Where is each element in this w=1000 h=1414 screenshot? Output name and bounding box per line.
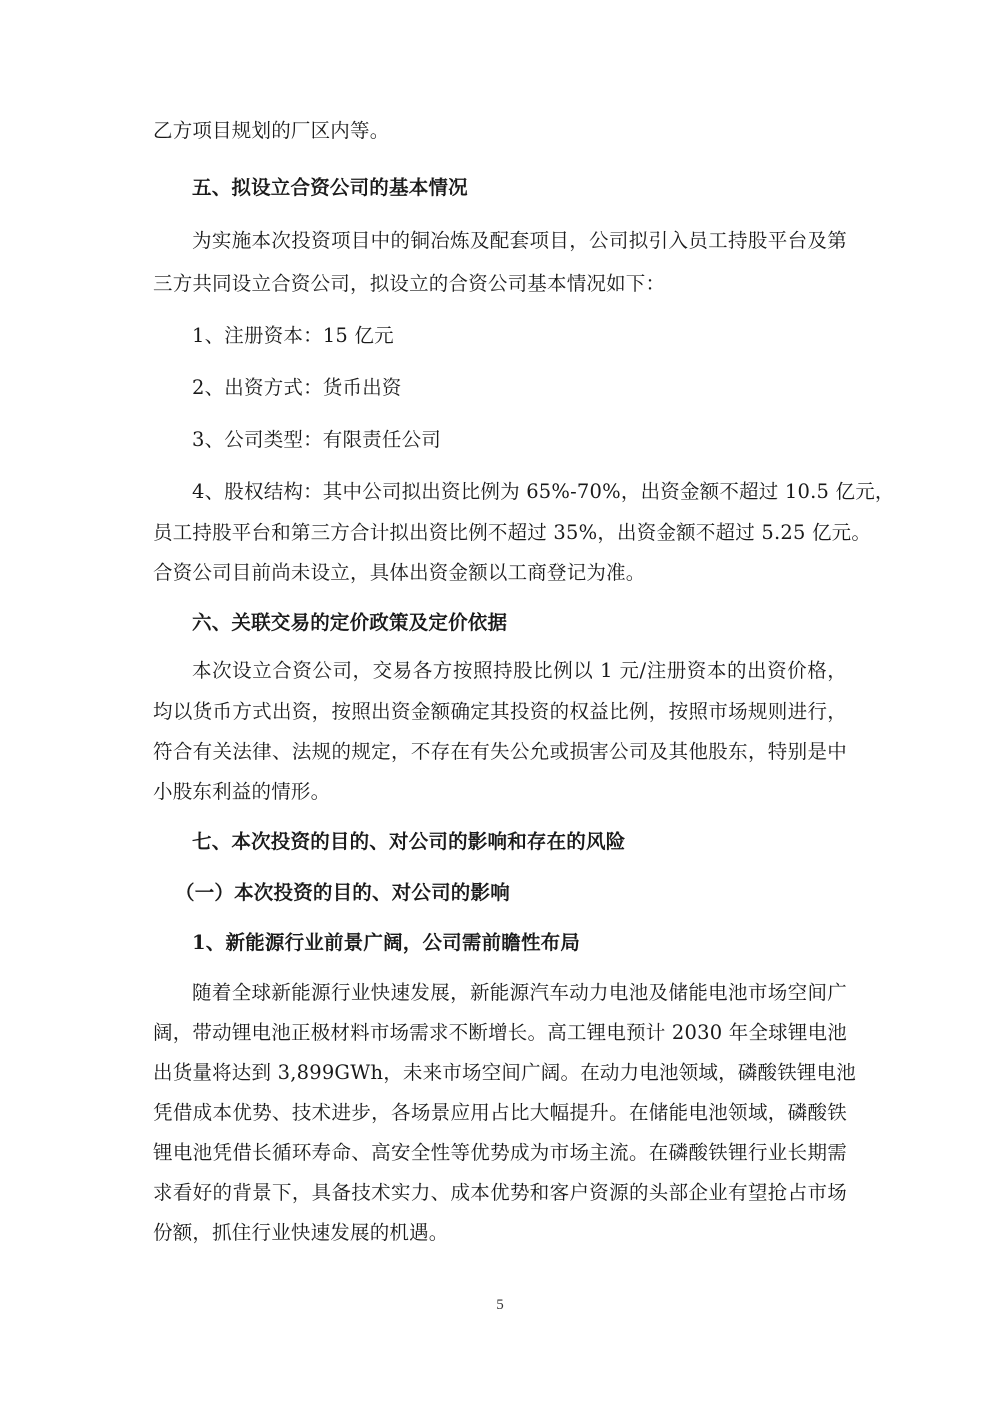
list-item-equity-structure: 4、股权结构：其中公司拟出资比例为 65%-70%，出资金额不超过 10.5 亿… [192, 479, 847, 505]
body-text-line: 锂电池凭借长循环寿命、高安全性等优势成为市场主流。在磷酸铁锂行业长期需 [153, 1140, 847, 1166]
body-text-line: 合资公司目前尚未设立，具体出资金额以工商登记为准。 [153, 560, 853, 586]
body-text-line: 小股东利益的情形。 [153, 779, 853, 805]
body-text-line: 为实施本次投资项目中的铜冶炼及配套项目，公司拟引入员工持股平台及第 [192, 228, 847, 254]
section-heading-6: 六、关联交易的定价政策及定价依据 [192, 610, 892, 636]
body-text-line: 乙方项目规划的厂区内等。 [153, 118, 853, 144]
document-page: 乙方项目规划的厂区内等。 五、拟设立合资公司的基本情况 为实施本次投资项目中的铜… [0, 0, 1000, 1414]
list-item-registered-capital: 1、注册资本：15 亿元 [192, 323, 892, 349]
list-item-contribution-method: 2、出资方式：货币出资 [192, 375, 892, 401]
body-text-line: 凭借成本优势、技术进步，各场景应用占比大幅提升。在储能电池领域，磷酸铁 [153, 1100, 847, 1126]
body-text-line: 三方共同设立合资公司，拟设立的合资公司基本情况如下： [153, 271, 853, 297]
list-item-company-type: 3、公司类型：有限责任公司 [192, 427, 892, 453]
section-heading-7: 七、本次投资的目的、对公司的影响和存在的风险 [192, 829, 892, 855]
body-text-line: 员工持股平台和第三方合计拟出资比例不超过 35%，出资金额不超过 5.25 亿元… [153, 520, 847, 546]
body-text-line: 出货量将达到 3,899GWh，未来市场空间广阔。在动力电池领域，磷酸铁锂电池 [153, 1060, 847, 1086]
body-text-line: 符合有关法律、法规的规定，不存在有失公允或损害公司及其他股东，特别是中 [153, 739, 847, 765]
section-heading-5: 五、拟设立合资公司的基本情况 [192, 175, 892, 201]
body-text-line: 阔，带动锂电池正极材料市场需求不断增长。高工锂电预计 2030 年全球锂电池 [153, 1020, 847, 1046]
body-text-line: 求看好的背景下，具备技术实力、成本优势和客户资源的头部企业有望抢占市场 [153, 1180, 847, 1206]
subsection-heading-1: （一）本次投资的目的、对公司的影响 [175, 880, 875, 906]
body-text-line: 均以货币方式出资，按照出资金额确定其投资的权益比例，按照市场规则进行， [153, 699, 847, 725]
page-number: 5 [0, 1297, 1000, 1314]
body-text-line: 本次设立合资公司，交易各方按照持股比例以 1 元/注册资本的出资价格， [192, 658, 847, 684]
body-text-line: 份额，抓住行业快速发展的机遇。 [153, 1220, 853, 1246]
body-text-line: 随着全球新能源行业快速发展，新能源汽车动力电池及储能电池市场空间广 [192, 980, 847, 1006]
subsubsection-heading-1: 1、新能源行业前景广阔，公司需前瞻性布局 [192, 930, 892, 956]
